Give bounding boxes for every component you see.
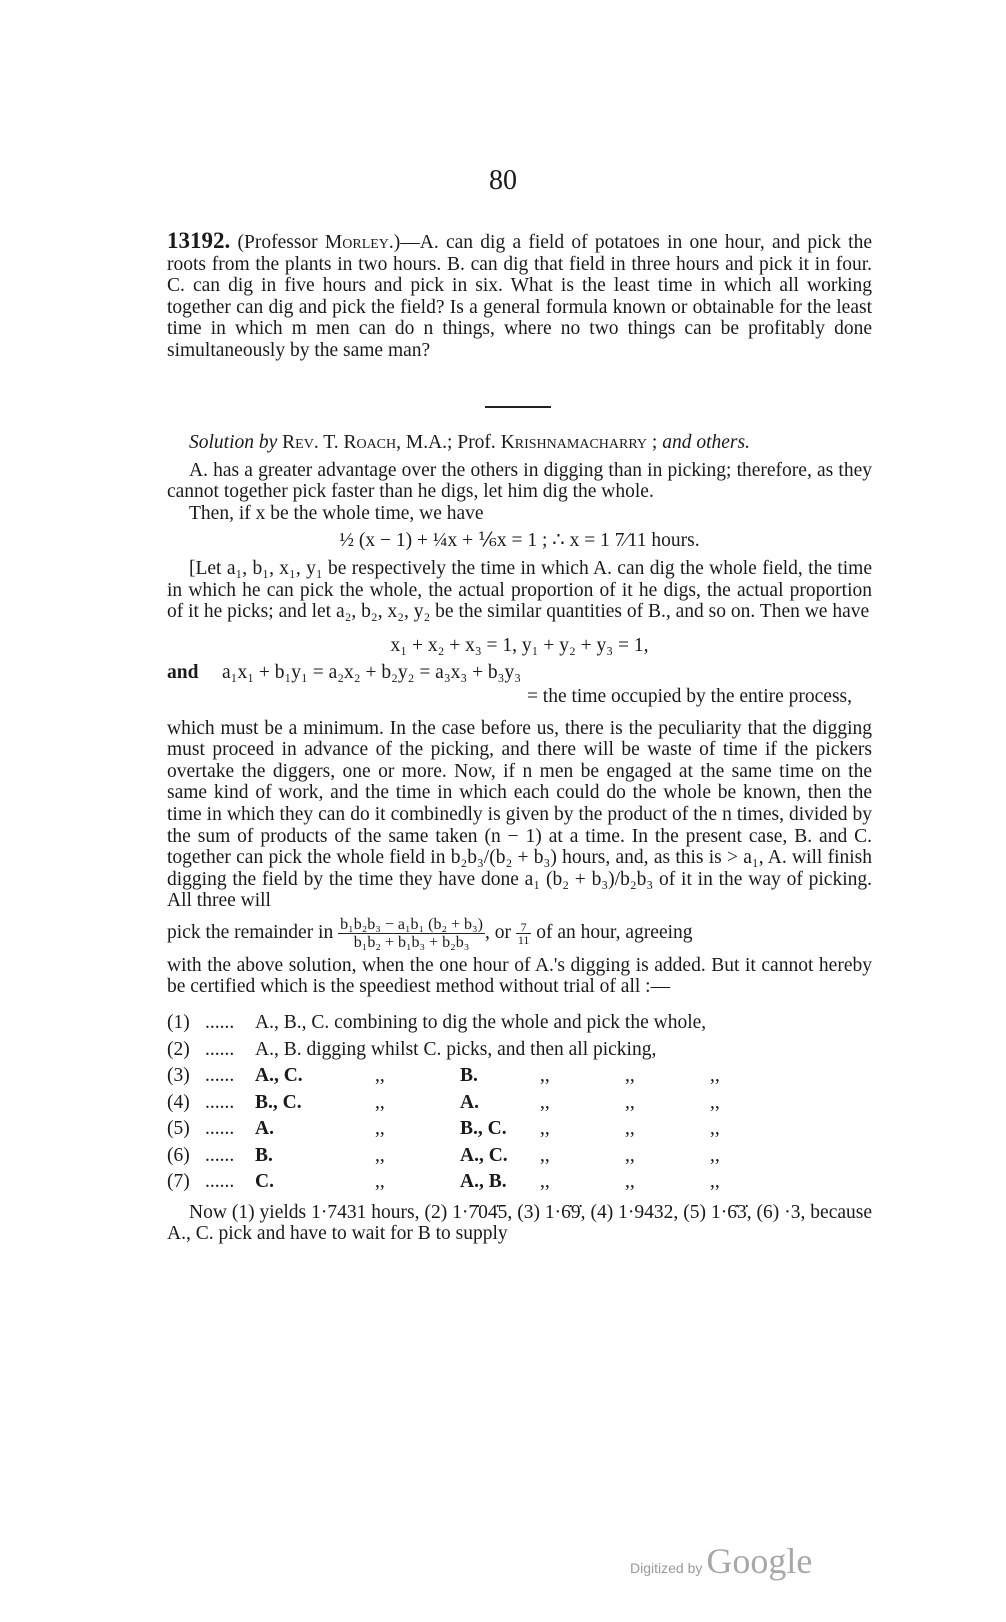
paragraph-5: pick the remainder in b₁b₂b₃ − a₁b₁ (b₂ … [167,916,872,951]
author-prefix: (Professor [238,232,325,253]
ditto-mark: ,, [375,1116,460,1143]
ditto-mark: ,, [625,1116,710,1143]
paragraph-5-end: of an hour, agreeing [536,922,692,943]
paragraph-5-mid: , or [485,922,511,943]
byline-suffix: and others. [662,432,750,453]
case-number: (6) [167,1143,205,1170]
ditto-mark: ,, [375,1063,460,1090]
fraction-denominator: b₁b₂ + b₁b₃ + b₂b₃ [338,934,485,951]
author-suffix: .)— [389,232,420,253]
cases-list: (1) ...... A., B., C. combining to dig t… [167,1010,872,1196]
ditto-mark: ,, [710,1143,720,1170]
equation-3-row: and a₁x₁ + b₁y₁ = a₂x₂ + b₂y₂ = a₃x₃ + b… [167,662,872,684]
case-dots: ...... [205,1143,255,1170]
case-dots: ...... [205,1116,255,1143]
ditto-mark: ,, [710,1063,720,1090]
case-text: A., B. digging whilst C. picks, and then… [255,1037,656,1064]
problem-number: 13192. [167,228,230,253]
equation-3-label: and [167,662,222,684]
case-diggers: B., C. [255,1090,375,1117]
section-divider [485,406,551,408]
paragraph-5-start: pick the remainder in [167,922,333,943]
author-name: Morley [325,232,389,253]
page-number: 80 [0,165,1006,197]
fraction-numerator: b₁b₂b₃ − a₁b₁ (b₂ + b₃) [338,916,485,934]
paragraph-1: A. has a greater advantage over the othe… [167,460,872,503]
digitized-label: Digitized by [630,1560,702,1576]
ditto-mark: ,, [375,1169,460,1196]
case-dots: ...... [205,1090,255,1117]
equation-1: ½ (x − 1) + ¼x + ⅙x = 1 ; ∴ x = 1 7⁄11 h… [167,530,872,552]
case-number: (2) [167,1037,205,1064]
ditto-mark: ,, [540,1116,625,1143]
ditto-mark: ,, [540,1143,625,1170]
ditto-mark: ,, [625,1090,710,1117]
paragraph-4: which must be a minimum. In the case bef… [167,718,872,912]
case-diggers: C. [255,1169,375,1196]
case-number: (1) [167,1010,205,1037]
google-logo: Google [706,1541,812,1581]
case-number: (7) [167,1169,205,1196]
case-dots: ...... [205,1169,255,1196]
ditto-mark: ,, [710,1169,720,1196]
results-paragraph: Now (1) yields 1·7431 hours, (2) 1·7̇04̇… [167,1202,872,1245]
ditto-mark: ,, [375,1090,460,1117]
paragraph-3: [Let a₁, b₁, x₁, y₁ be respectively the … [167,558,872,623]
case-pickers: A. [460,1090,540,1117]
ditto-mark: ,, [540,1063,625,1090]
byline-prefix: Solution by [189,432,277,453]
remainder-fraction: b₁b₂b₃ − a₁b₁ (b₂ + b₃) b₁b₂ + b₁b₃ + b₂… [338,916,485,951]
solver-2-prefix: Prof. [457,432,495,453]
case-number: (4) [167,1090,205,1117]
ditto-mark: ,, [540,1090,625,1117]
ditto-mark: ,, [625,1143,710,1170]
equation-3: a₁x₁ + b₁y₁ = a₂x₂ + b₂y₂ = a₃x₃ + b₃y₃ [222,662,521,684]
case-pickers: A., B. [460,1169,540,1196]
case-pickers: B. [460,1063,540,1090]
ditto-mark: ,, [375,1143,460,1170]
small-fraction-denominator: 11 [516,934,532,946]
solver-2: Krishnamacharry [501,432,647,453]
small-fraction: 7 11 [516,921,532,946]
ditto-mark: ,, [710,1090,720,1117]
case-row: (2) ...... A., B. digging whilst C. pick… [167,1037,872,1064]
case-diggers: B. [255,1143,375,1170]
case-pickers: B., C. [460,1116,540,1143]
solution-byline: Solution by Rev. T. Roach, M.A.; Prof. K… [167,432,872,454]
case-row: (5) ...... A. ,, B., C. ,, ,, ,, [167,1116,872,1143]
case-row: (7) ...... C. ,, A., B. ,, ,, ,, [167,1169,872,1196]
paragraph-2: Then, if x be the whole time, we have [167,503,872,525]
ditto-mark: ,, [540,1169,625,1196]
case-diggers: A. [255,1116,375,1143]
case-dots: ...... [205,1037,255,1064]
case-number: (5) [167,1116,205,1143]
ditto-mark: ,, [625,1063,710,1090]
problem-statement: 13192. (Professor Morley.)—A. can dig a … [167,230,872,362]
equation-2: x₁ + x₂ + x₃ = 1, y₁ + y₂ + y₃ = 1, [167,635,872,657]
case-number: (3) [167,1063,205,1090]
equation-4: = the time occupied by the entire proces… [167,686,872,708]
solution-section: Solution by Rev. T. Roach, M.A.; Prof. K… [167,432,872,1245]
case-row: (3) ...... A., C. ,, B. ,, ,, ,, [167,1063,872,1090]
solver-1: Rev. T. Roach, M.A.; [282,432,452,453]
case-dots: ...... [205,1010,255,1037]
case-text: A., B., C. combining to dig the whole an… [255,1010,706,1037]
case-diggers: A., C. [255,1063,375,1090]
paragraph-6: with the above solution, when the one ho… [167,955,872,998]
case-row: (4) ...... B., C. ,, A. ,, ,, ,, [167,1090,872,1117]
ditto-mark: ,, [710,1116,720,1143]
case-row: (6) ...... B. ,, A., C. ,, ,, ,, [167,1143,872,1170]
small-fraction-numerator: 7 [516,921,532,934]
case-pickers: A., C. [460,1143,540,1170]
ditto-mark: ,, [625,1169,710,1196]
digitized-by-google-watermark: Digitized by Google [630,1540,840,1582]
case-dots: ...... [205,1063,255,1090]
case-row: (1) ...... A., B., C. combining to dig t… [167,1010,872,1037]
